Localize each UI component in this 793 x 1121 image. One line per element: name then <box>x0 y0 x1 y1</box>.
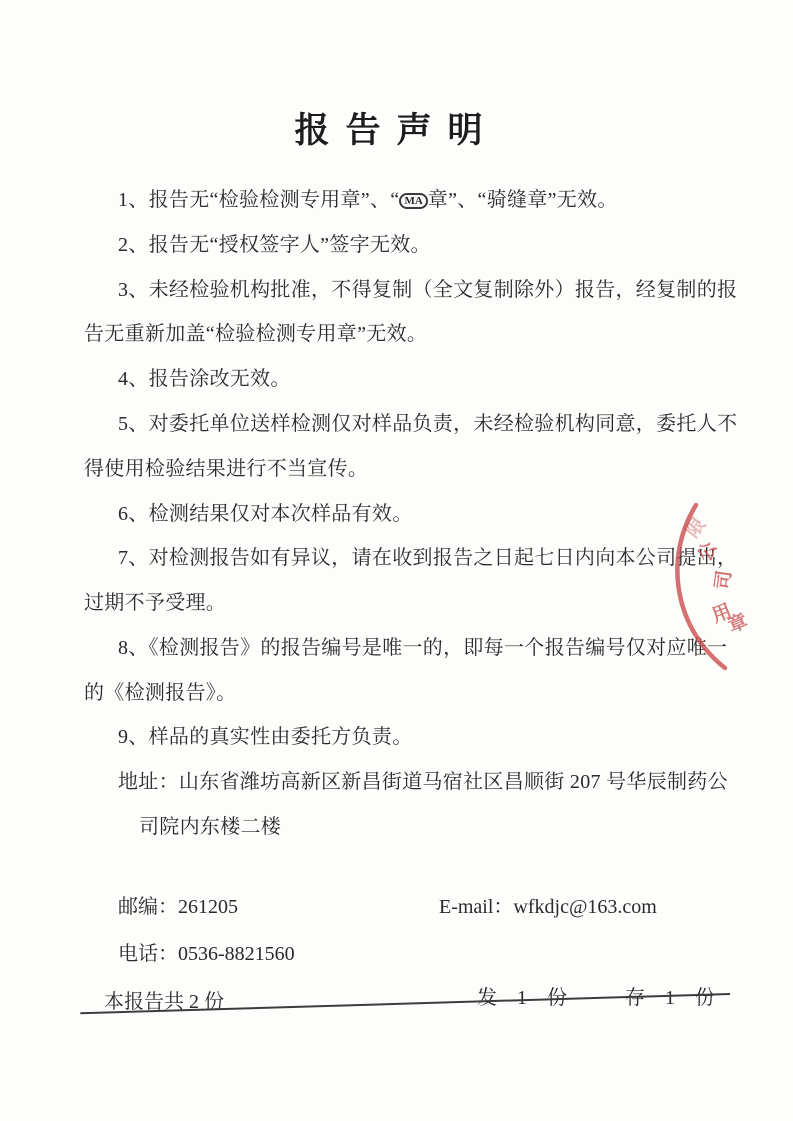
address-line-2: 司院内东楼二楼 <box>139 814 281 840</box>
statement-line-2: 2、报告无“授权签字人”签字无效。 <box>118 232 431 258</box>
email-value: E-mail：wfkdjc@163.com <box>439 890 657 919</box>
footer-issued: 发 1 份 <box>477 981 567 1010</box>
statement-line-3: 3、未经检验机构批准，不得复制（全文复制除外）报告，经复制的报 <box>118 277 737 303</box>
report-statement-page: 报告声明 1、报告无“检验检测专用章”、“MA章”、“骑缝章”无效。 2、报告无… <box>0 0 793 1121</box>
seal-char-5: 章 <box>725 609 751 637</box>
statement-line-1: 1、报告无“检验检测专用章”、“MA章”、“骑缝章”无效。 <box>118 187 618 213</box>
statement-line-6: 6、检测结果仅对本次样品有效。 <box>118 501 413 527</box>
seal-char-1: 限 <box>681 513 710 542</box>
statement-line-8-cont: 的《检测报告》。 <box>84 680 236 706</box>
statement-line-4: 4、报告涂改无效。 <box>118 366 291 392</box>
statement-line-1-pre: 1、报告无“检验检测专用章”、“ <box>118 189 399 211</box>
statement-line-5: 5、对委托单位送样检测仅对样品负责，未经检验机构同意，委托人不 <box>118 411 737 437</box>
seal-char-4: 用 <box>709 600 735 628</box>
statement-line-9: 9、样品的真实性由委托方负责。 <box>118 724 413 750</box>
seal-char-3: 司 <box>711 569 735 591</box>
statement-line-5-cont: 得使用检验结果进行不当宣传。 <box>84 456 368 482</box>
statement-line-7: 7、对检测报告如有异议，请在收到报告之日起七日内向本公司提出， <box>118 545 737 571</box>
statement-line-7-cont: 过期不予受理。 <box>84 590 226 616</box>
cma-mark: MA <box>399 193 427 209</box>
statement-line-8: 8、《检测报告》的报告编号是唯一的，即每一个报告编号仅对应唯一 <box>118 635 727 661</box>
page-title: 报告声明 <box>0 103 793 153</box>
statement-line-1-post: 章”、“骑缝章”无效。 <box>428 189 618 211</box>
address-line-1: 地址：山东省潍坊高新区新昌街道马宿社区昌顺街 207 号华辰制药公 <box>118 769 728 795</box>
statement-line-3-cont: 告无重新加盖“检验检测专用章”无效。 <box>84 321 427 347</box>
postal-code: 邮编：261205 <box>118 890 238 919</box>
phone-number: 电话：0536-8821560 <box>118 937 295 966</box>
